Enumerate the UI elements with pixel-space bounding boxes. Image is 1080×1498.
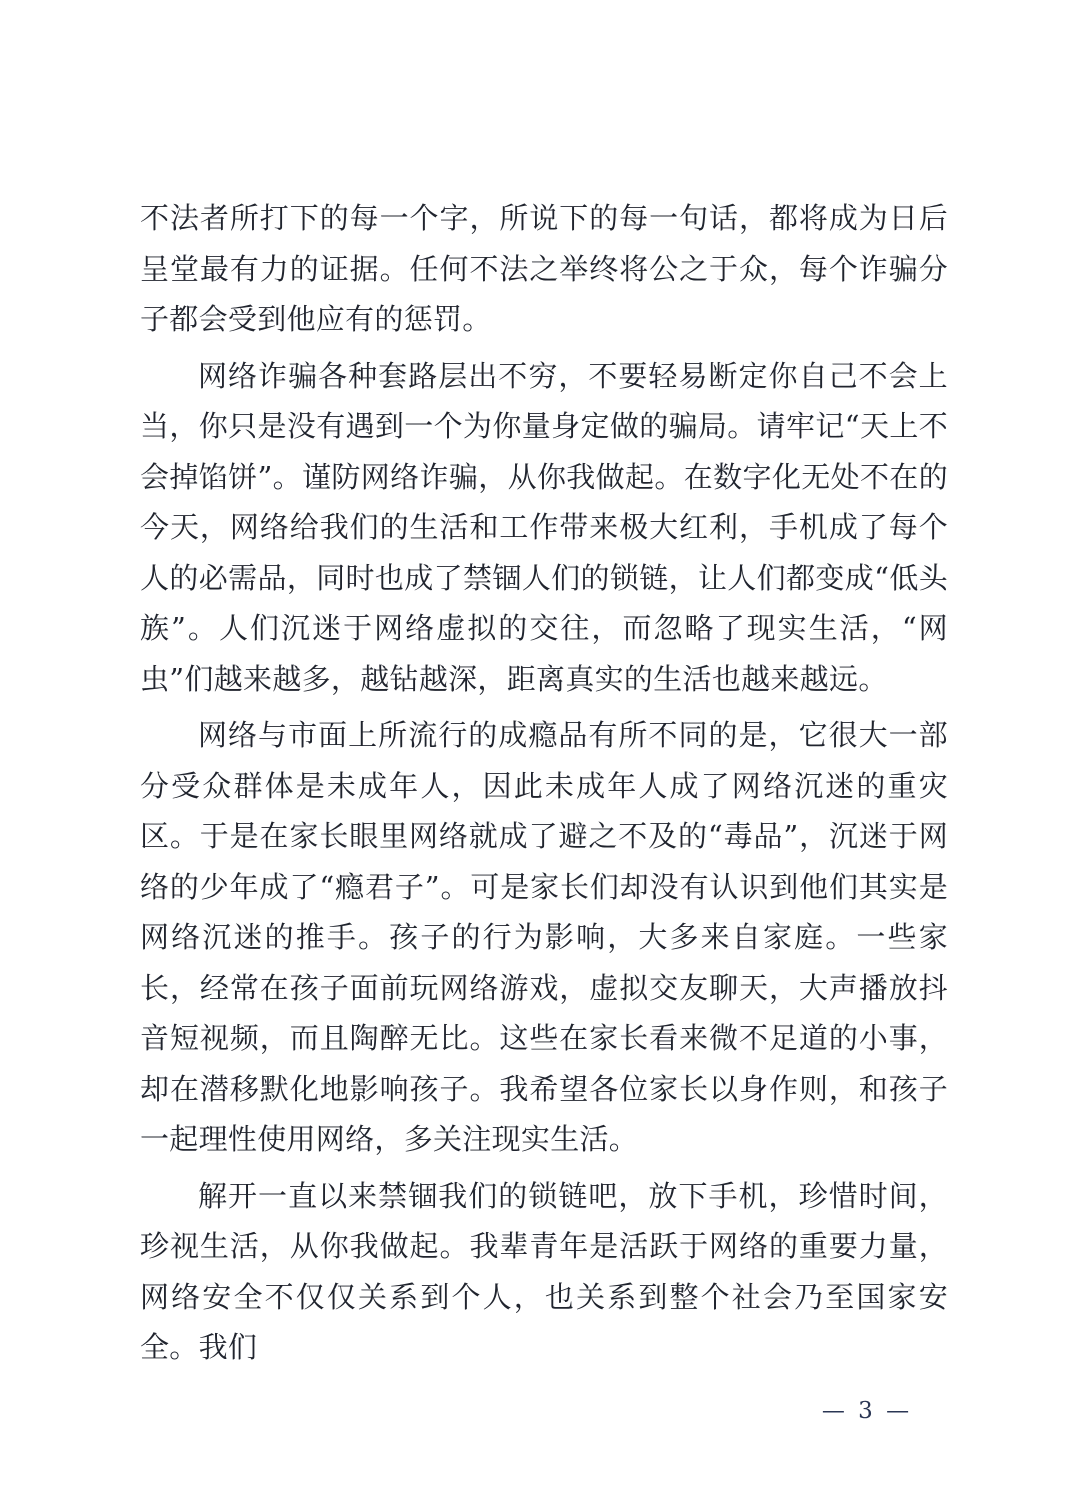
document-body: 不法者所打下的每一个字，所说下的每一句话，都将成为日后呈堂最有力的证据。任何不法…	[140, 193, 948, 1373]
page-number: — 3 —	[812, 1398, 922, 1424]
document-page: 不法者所打下的每一个字，所说下的每一句话，都将成为日后呈堂最有力的证据。任何不法…	[0, 0, 1080, 1498]
paragraph-2: 网络诈骗各种套路层出不穷，不要轻易断定你自己不会上当，你只是没有遇到一个为你量身…	[140, 351, 948, 705]
paragraph-1: 不法者所打下的每一个字，所说下的每一句话，都将成为日后呈堂最有力的证据。任何不法…	[140, 193, 948, 345]
paragraph-3: 网络与市面上所流行的成瘾品有所不同的是，它很大一部分受众群体是未成年人，因此未成…	[140, 710, 948, 1165]
paragraph-4: 解开一直以来禁锢我们的锁链吧，放下手机，珍惜时间，珍视生活，从你我做起。我辈青年…	[140, 1171, 948, 1373]
